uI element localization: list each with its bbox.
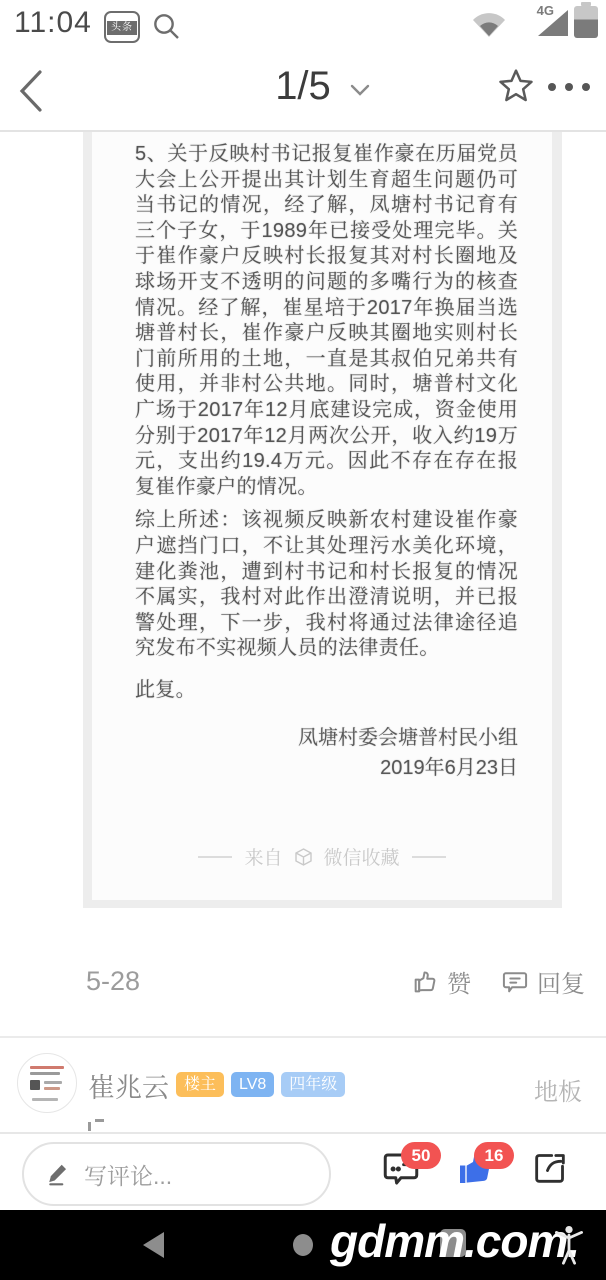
android-back-button[interactable] bbox=[143, 1232, 164, 1258]
badge-list: 楼主 LV8 四年级 bbox=[176, 1072, 345, 1097]
document-paragraph: 此复。 bbox=[135, 678, 518, 704]
search-notification-icon bbox=[150, 10, 182, 42]
watermark-person-icon bbox=[552, 1224, 586, 1266]
document-text: 5、关于反映村书记报复崔作豪在历届党员大会上公开提出其计划生育超生问题仍可当书记… bbox=[92, 132, 552, 703]
document-paper: 5、关于反映村书记报复崔作豪在历届党员大会上公开提出其计划生育超生问题仍可当书记… bbox=[92, 132, 552, 900]
screen: 11:04 头条 4G 1/5 bbox=[0, 0, 606, 1280]
post-date: 5-28 bbox=[86, 966, 140, 997]
watermark: gdmm.com. bbox=[330, 1214, 579, 1268]
floor-label: 地板 bbox=[534, 1072, 582, 1107]
like-count-badge: 16 bbox=[474, 1142, 514, 1169]
favorite-star-icon[interactable] bbox=[496, 66, 536, 106]
document-paragraph: 5、关于反映村书记报复崔作豪在历届党员大会上公开提出其计划生育超生问题仍可当书记… bbox=[135, 142, 518, 500]
document-signature: 凤塘村委会塘普村民小组 2019年6月23日 bbox=[92, 723, 552, 783]
wechat-favorites-icon bbox=[295, 848, 312, 866]
reply-button[interactable]: 回复 bbox=[501, 964, 585, 999]
battery-icon bbox=[574, 6, 598, 38]
thumbs-up-icon bbox=[411, 968, 439, 996]
nav-header: 1/5 bbox=[0, 50, 606, 132]
battery-nub bbox=[581, 2, 591, 6]
comment-input[interactable]: 写评论... bbox=[22, 1142, 331, 1206]
avatar[interactable] bbox=[17, 1053, 77, 1113]
badge-level: LV8 bbox=[231, 1072, 274, 1097]
comment-placeholder: 写评论... bbox=[84, 1158, 172, 1191]
comment-username[interactable]: 崔兆云 bbox=[88, 1066, 169, 1105]
document-photo[interactable]: 5、关于反映村书记报复崔作豪在历届党员大会上公开提出其计划生育超生问题仍可当书记… bbox=[83, 132, 562, 908]
document-source-line: 来自 微信收藏 bbox=[92, 843, 552, 870]
status-time: 11:04 bbox=[14, 6, 92, 40]
comment-bar: 写评论... bbox=[0, 1132, 606, 1210]
reply-bubble-icon bbox=[501, 968, 529, 996]
signal-strength-icon bbox=[538, 10, 568, 36]
clipped-comment-text bbox=[88, 1119, 104, 1131]
document-paragraph: 综上所述：该视频反映新农村建设崔作豪户遮挡门口，不让其处理污水美化环境，建化粪池… bbox=[135, 508, 518, 662]
pencil-icon bbox=[46, 1161, 72, 1187]
wifi-icon bbox=[472, 12, 506, 38]
android-home-button[interactable] bbox=[293, 1234, 313, 1256]
toutiao-notification-icon: 头条 bbox=[104, 11, 140, 43]
chevron-down-icon[interactable] bbox=[348, 82, 372, 98]
divider bbox=[198, 856, 232, 858]
android-nav-bar: gdmm.com. bbox=[0, 1210, 606, 1280]
like-button[interactable]: 赞 bbox=[411, 964, 471, 999]
share-button[interactable] bbox=[530, 1148, 570, 1188]
comment-count-badge: 50 bbox=[401, 1142, 441, 1169]
more-options-button[interactable] bbox=[548, 80, 596, 94]
status-bar: 11:04 头条 4G bbox=[0, 0, 606, 50]
divider bbox=[0, 1036, 606, 1038]
divider bbox=[412, 856, 446, 858]
badge-owner: 楼主 bbox=[176, 1072, 224, 1097]
badge-grade: 四年级 bbox=[281, 1072, 345, 1097]
